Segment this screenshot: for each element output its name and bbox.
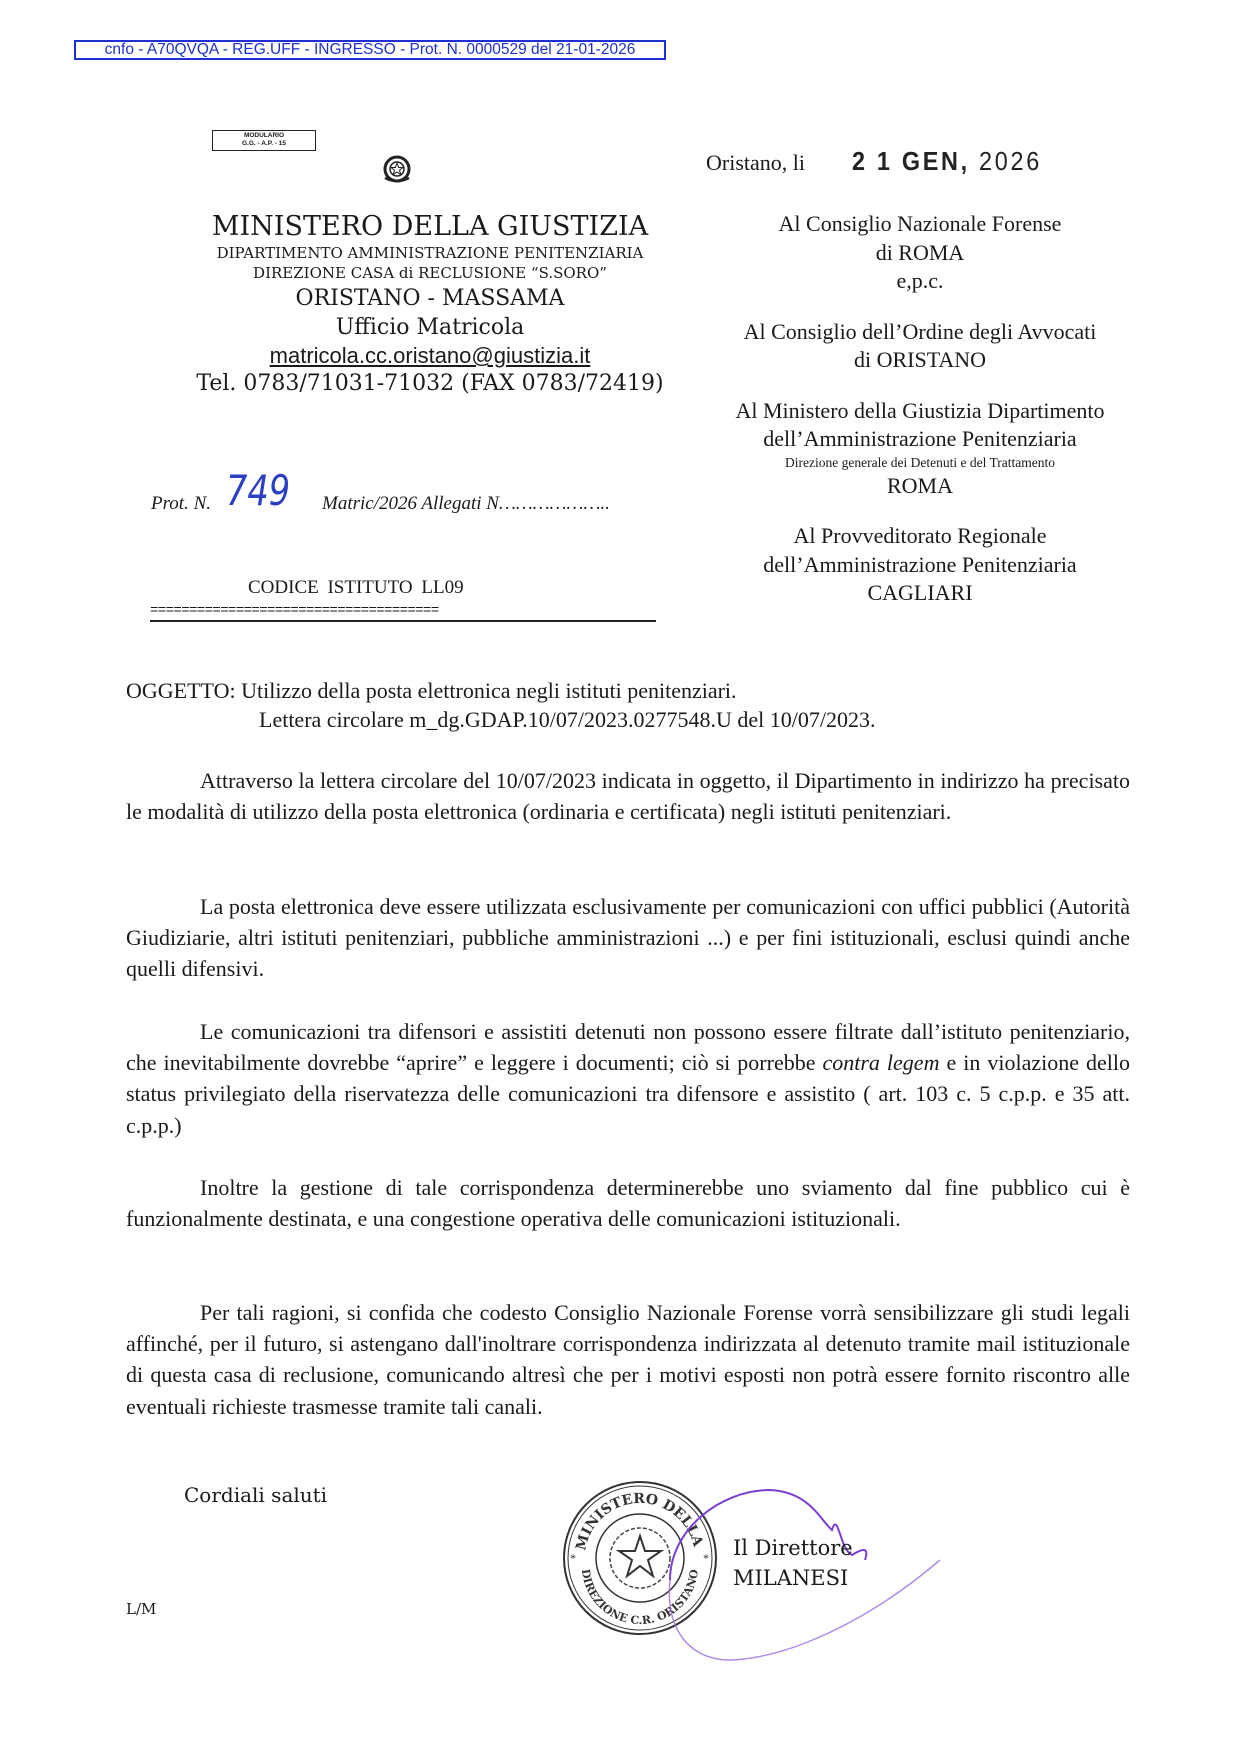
protocol-stamp: cnfo - A70QVQA - REG.UFF - INGRESSO - Pr… <box>74 40 666 60</box>
recipient-line: Al Provveditorato Regionale <box>700 522 1140 551</box>
recipient-line: Al Ministero della Giustizia Dipartiment… <box>700 397 1140 426</box>
subject-line1: Utilizzo della posta elettronica negli i… <box>241 678 736 703</box>
paragraph: Le comunicazioni tra difensori e assisti… <box>126 1016 1130 1141</box>
city-name: ORISTANO - MASSAMA <box>140 284 720 314</box>
modulario-line2: G.G. - A.P. - 15 <box>213 140 315 148</box>
ministry-name: MINISTERO DELLA GIUSTIZIA <box>140 210 720 244</box>
italian-emblem-icon <box>380 154 414 184</box>
date-stamp-year: 2026 <box>979 146 1042 176</box>
recipient-cnf: Al Consiglio Nazionale Forense di ROMA e… <box>700 210 1140 296</box>
recipients-block: Al Consiglio Nazionale Forense di ROMA e… <box>700 210 1140 630</box>
paragraph-text: Per tali ragioni, si confida che codesto… <box>126 1300 1130 1419</box>
recipient-line: dell’Amministrazione Penitenziaria <box>700 551 1140 580</box>
date-place: Oristano, li <box>706 150 805 176</box>
paragraph: Attraverso la lettera circolare del 10/0… <box>126 765 1130 827</box>
paragraph-text: Inoltre la gestione di tale corrisponden… <box>126 1175 1130 1231</box>
office-name: Ufficio Matricola <box>140 314 720 342</box>
subject-line2: Lettera circolare m_dg.GDAP.10/07/2023.0… <box>126 705 1116 734</box>
subject-block: OGGETTO: Utilizzo della posta elettronic… <box>126 676 1116 734</box>
closing-greeting: Cordiali saluti <box>184 1483 327 1507</box>
direction-name: DIREZIONE CASA di RECLUSIONE “S.SORO” <box>140 263 720 284</box>
latin-phrase: contra legem <box>822 1050 939 1075</box>
recipient-line: di ORISTANO <box>700 346 1140 375</box>
recipient-line: dell’Amministrazione Penitenziaria <box>700 425 1140 454</box>
paragraph: La posta elettronica deve essere utilizz… <box>126 891 1130 985</box>
recipient-dap: Al Ministero della Giustizia Dipartiment… <box>700 397 1140 501</box>
protocol-details: Matric/2026 Allegati N……………….. <box>322 493 610 515</box>
institute-code: CODICE ISTITUTO LL09 <box>248 577 464 599</box>
paragraph-text: La posta elettronica deve essere utilizz… <box>126 894 1130 981</box>
signer-title: Il Direttore <box>733 1533 853 1563</box>
paragraph-text: Attraverso la lettera circolare del 10/0… <box>126 768 1130 824</box>
recipient-subline: Direzione generale dei Detenuti e del Tr… <box>700 454 1140 472</box>
paragraph: Inoltre la gestione di tale corrisponden… <box>126 1172 1130 1234</box>
department-name: DIPARTIMENTO AMMINISTRAZIONE PENITENZIAR… <box>140 244 720 263</box>
recipient-line: Al Consiglio dell’Ordine degli Avvocati <box>700 318 1140 347</box>
modulario-box: MODULARIO G.G. - A.P. - 15 <box>212 130 316 151</box>
recipient-line: ROMA <box>700 472 1140 501</box>
recipient-line: di ROMA <box>700 239 1140 268</box>
phone-fax: Tel. 0783/71031-71032 (FAX 0783/72419) <box>140 370 720 398</box>
recipient-line: CAGLIARI <box>700 579 1140 608</box>
recipient-line: e,p.c. <box>700 267 1140 296</box>
date-stamp: 2 1 GEN, 2026 <box>852 146 1042 177</box>
initials: L/M <box>126 1600 156 1618</box>
email-link[interactable]: matricola.cc.oristano@giustizia.it <box>140 342 720 370</box>
date-stamp-day-month: 2 1 GEN, <box>852 146 970 176</box>
paragraph: Per tali ragioni, si confida che codesto… <box>126 1297 1130 1422</box>
recipient-coa-oristano: Al Consiglio dell’Ordine degli Avvocati … <box>700 318 1140 375</box>
separator-line: ===================================== <box>150 604 656 622</box>
protocol-handwritten-number: 749 <box>226 466 290 515</box>
recipient-line: Al Consiglio Nazionale Forense <box>700 210 1140 239</box>
sender-header: MINISTERO DELLA GIUSTIZIA DIPARTIMENTO A… <box>140 210 720 398</box>
signature-block: Il Direttore MILANESI <box>733 1533 853 1593</box>
modulario-line1: MODULARIO <box>213 132 315 140</box>
protocol-label: Prot. N. <box>151 493 211 515</box>
signer-name: MILANESI <box>733 1563 853 1593</box>
subject-label: OGGETTO: <box>126 678 236 703</box>
recipient-provveditorato: Al Provveditorato Regionale dell’Amminis… <box>700 522 1140 608</box>
